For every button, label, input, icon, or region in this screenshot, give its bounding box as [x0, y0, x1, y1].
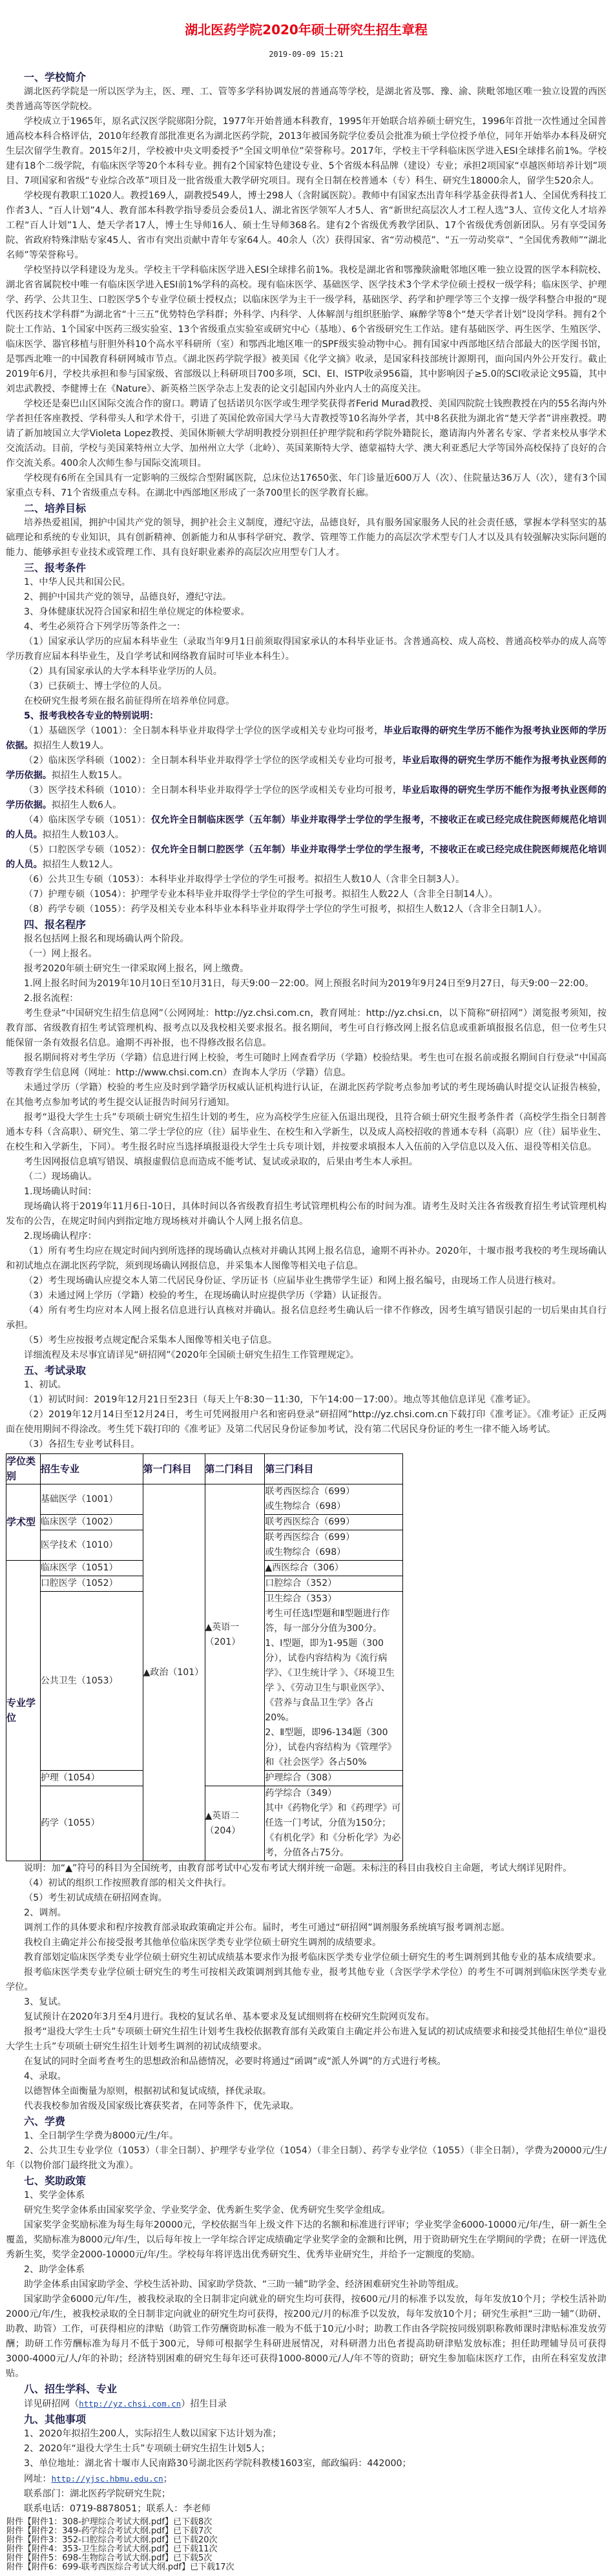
- paragraph: 以德智体全面衡量为原则，根据初试和复试成绩，择优录取。: [6, 2084, 607, 2099]
- major-cell: 临床医学（1002）: [40, 1515, 143, 1530]
- paragraph: 未通过学历（学籍）校验的考生应及时到学籍学历权威认证机构进行认证，在湖北医药学院…: [6, 1081, 607, 1110]
- special-note-text: （7）护理专硕（1054）：护理学专业本科毕业并取得学士学位的学生可报考。拟招生…: [24, 889, 498, 900]
- paragraph: 学校成立于1965年，原名武汉医学院郧阳分院，1977年开始普通本科教育，199…: [6, 114, 607, 189]
- paragraph: （4）初试的组织工作按照教育部的相关文件执行。: [6, 1876, 607, 1891]
- paragraph: 学校还是秦巴山区国际交流合作的窗口。聘请了包括诺贝尔医学或生理学奖获得者Feri…: [6, 397, 607, 471]
- paragraph: （2）考生现场确认应提交本人第二代居民身份证、学历证书（应届毕业生携带学生证）和…: [6, 1274, 607, 1289]
- paragraph: 现场确认将于2019年11月6日-10日，具体时间以各省级教育招生考试管理机构公…: [6, 1199, 607, 1229]
- attachment-label: 附件: [6, 2526, 23, 2536]
- special-note-quota: 拟招生人数15人。: [52, 770, 127, 781]
- attachment-link[interactable]: 【附件2：349-药学综合考试大纲.pdf】: [23, 2526, 173, 2536]
- special-notes-list: （1）基础医学（1001）：全日制本科毕业并取得学士学位的医学或相关专业均可报考…: [6, 724, 607, 917]
- special-note-text: （3）医学技术科硕（1010）：全日制本科毕业并取得学士学位的医学或相关专业均可…: [24, 785, 402, 796]
- list-item: 2、拥护中国共产党的领导，品德良好，遵纪守法。: [6, 590, 607, 605]
- sub-item: （2）具有国家承认的大学本科毕业学历的人员。: [6, 664, 607, 679]
- registration-paragraphs: 报名包括网上报名和现场确认两个阶段。（一）网上报名。报考2020年硕士研究生一律…: [6, 932, 607, 1363]
- section-heading-registration: 四、报名程序: [6, 917, 607, 932]
- special-note-text: （1）基础医学（1001）：全日制本科毕业并取得学士学位的医学或相关专业均可报考…: [24, 726, 384, 736]
- subject-note: 2、Ⅱ型题，即96-134题（300分），试卷内容结构为《管理学》和《社会医学》…: [265, 1726, 402, 1770]
- attachment-label: 附件: [6, 2553, 23, 2563]
- third-subject-cell: ▲西医综合（306）: [265, 1561, 403, 1576]
- attachment-label: 附件: [6, 2562, 23, 2572]
- paragraph: 详细流程及未尽事宜请详见“研招网”《2020年全国硕士研究生招生工作管理规定》。: [6, 1348, 607, 1363]
- download-count: 已下载8次: [173, 2517, 212, 2527]
- third-subject-cell: 口腔综合（352）: [265, 1576, 403, 1592]
- paragraph: 报名包括网上报名和现场确认两个阶段。: [6, 932, 607, 947]
- table-row: 学术型基础医学（1001）▲政治（101）▲英语一（201）联考西医综合（699…: [6, 1484, 403, 1515]
- paragraph: （一）网上报名。: [6, 947, 607, 962]
- paragraph: 国家助学金6000元/年/生，被我校录取的全日制非定向就业的研究生均可获得，按6…: [6, 2292, 607, 2381]
- major-cell: 口腔医学（1052）: [40, 1576, 143, 1592]
- section-heading-majors: 八、招生学科、专业: [6, 2381, 607, 2396]
- section-heading-tuition: 六、学费: [6, 2114, 607, 2129]
- third-subject-cell: 卫生综合（353）考生可任选I型题和Ⅱ型题进行作答，每一部分分值为300分。1、…: [265, 1592, 403, 1771]
- special-note-text: （5）口腔医学专硕（1052）：: [24, 845, 151, 855]
- third-subject-cell: 联考西医综合（699）或生物综合（698）: [265, 1484, 403, 1515]
- major-cell: 基础医学（1001）: [40, 1484, 143, 1515]
- article-content: 一、学校简介 湖北医药学院是一所以医学为主，医、理、工、管等多学科协调发展的普通…: [6, 70, 607, 2576]
- attachments-list: 附件【附件1：308-护理综合考试大纲.pdf】已下载8次附件【附件2：349-…: [6, 2518, 607, 2572]
- attachment-link[interactable]: 【附件4：353-卫生综合考试大纲.pdf】: [23, 2544, 173, 2554]
- list-item: 1、2020年拟招生200人，实际招生人数以国家下达计划为准；: [6, 2427, 607, 2442]
- exam-subjects-table: 学位类别 招生专业 第一门科目 第二门科目 第三门科目 学术型基础医学（1001…: [6, 1453, 403, 1861]
- section-heading-school-intro: 一、学校简介: [6, 70, 607, 85]
- paragraph: 1、全日制学生学费为8000元/生/年。: [6, 2129, 607, 2144]
- list-item: 3、单位地址：湖北省十堰市人民南路30号湖北医药学院科教楼1603室，邮政编码：…: [6, 2456, 607, 2471]
- third-subject-cell: 联考西医综合（699）或生物综合（698）: [265, 1530, 403, 1561]
- paragraph: 4、录取。: [6, 2069, 607, 2084]
- second-subject-cell: ▲英语一（201）: [205, 1484, 265, 1786]
- note: 在校研究生报考须在报名前征得所在培养单位同意。: [6, 694, 607, 709]
- paragraph: 2、助学金体系: [6, 2263, 607, 2277]
- website-line: 网址：http://yjsc.hbmu.edu.cn；: [6, 2471, 607, 2487]
- third-subject-cell: 药学综合（349）其中《药物化学》和《药理学》可任选一门考试，分值为150分；《…: [265, 1786, 403, 1861]
- paragraph: （2）2019年12月14日至12月24日，考生可凭网报用户名和密码登录“研招网…: [6, 1408, 607, 1437]
- subject-note: 或生物综合（698）: [265, 1499, 402, 1514]
- article-page: 湖北医药学院2020年硕士研究生招生章程 2019-09-09 15:21 一、…: [0, 0, 613, 2576]
- paragraph: 学校坚持以学科建设为龙头。学校主干学科临床医学进入ESI全球排名前1%。我校是湖…: [6, 263, 607, 397]
- website-link[interactable]: http://yjsc.hbmu.edu.cn: [52, 2474, 163, 2484]
- yz-chsi-link[interactable]: http://yz.chsi.com.cn: [79, 2399, 181, 2409]
- section-heading-eligibility: 三、报考条件: [6, 560, 607, 575]
- special-note-quota: 拟招生人数19人。: [34, 741, 109, 751]
- website-label: 网址：: [24, 2474, 52, 2484]
- paragraph: 2.报名流程：: [6, 991, 607, 1006]
- paragraph: 代表我校参加省级及国家级比赛获奖者，在同等条件下，优先录取。: [6, 2099, 607, 2114]
- sub-item: （1）国家承认学历的应届本科毕业生（录取当年9月1日前须取得国家承认的本科毕业证…: [6, 635, 607, 664]
- second-subject-cell: ▲英语二（204）: [205, 1786, 265, 1861]
- section-heading-exam-admission: 五、考试录取: [6, 1363, 607, 1378]
- special-note-item: （8）药学专硕（1055）：药学及相关专业本科毕业本科毕业并取得学士学位的学生可…: [6, 902, 607, 917]
- paragraph: （5）考生应按报考点规定配合采集本人图像等相关电子信息。: [6, 1333, 607, 1348]
- subject-name: ▲西医综合（306）: [265, 1561, 402, 1576]
- section-heading-training-goal: 二、培养目标: [6, 501, 607, 516]
- special-note-text: （8）药学专硕（1055）：药学及相关专业本科毕业本科毕业并取得学士学位的学生可…: [24, 904, 547, 914]
- attachment-item: 附件【附件3：352-口腔综合考试大纲.pdf】已下载20次: [6, 2536, 607, 2545]
- section-heading-scholarships: 七、奖助政策: [6, 2173, 607, 2188]
- special-note-item: （1）基础医学（1001）：全日制本科毕业并取得学士学位的医学或相关专业均可报考…: [6, 724, 607, 754]
- col-header-subject-1: 第一门科目: [143, 1454, 205, 1484]
- paragraph: 2、公共卫生专业学位（1053）（非全日制）、护理学专业学位（1054）（非全日…: [6, 2144, 607, 2173]
- special-note-text: （4）临床医学专硕（1051）：: [24, 815, 151, 825]
- special-note-item: （4）临床医学专硕（1051）：仅允许全日制临床医学（五年制）毕业并取得学士学位…: [6, 813, 607, 843]
- paragraph: 说明：加“▲”符号的科目为全国统考，由教育部考试中心发布考试大纲并统一命题。未标…: [6, 1861, 607, 1876]
- degree-type-academic: 学术型: [6, 1484, 41, 1561]
- major-cell: 医学技术（1010）: [40, 1530, 143, 1561]
- subject-name: 联考西医综合（699）: [265, 1484, 402, 1499]
- contact-phone: 联系电话：0719-8878051；联系人：李老师: [6, 2502, 607, 2517]
- subject-name: 口腔综合（352）: [265, 1576, 402, 1591]
- paragraph: （3）各招生专业考试科目。: [6, 1437, 607, 1452]
- attachment-label: 附件: [6, 2544, 23, 2554]
- subject-note: 其中《药物化学》和《药理学》可任选一门考试，分值为150分；《有机化学》和《分析…: [265, 1801, 402, 1861]
- paragraph: 复试预计在2020年3月至4月进行。我校的复试名单、基本要求及复试细则将在校研究…: [6, 2010, 607, 2025]
- paragraph: 1.现场确认时间：: [6, 1185, 607, 1199]
- third-subject-cell: 联考西医综合（699）: [265, 1515, 403, 1530]
- paragraph: 2、调剂。: [6, 1906, 607, 1921]
- major-cell: 护理（1054）: [40, 1771, 143, 1786]
- attachment-link[interactable]: 【附件6：699-联考西医综合考试大纲.pdf】: [23, 2562, 190, 2572]
- attachment-item: 附件【附件1：308-护理综合考试大纲.pdf】已下载8次: [6, 2518, 607, 2527]
- paragraph: 3、复试。: [6, 1995, 607, 2010]
- col-header-degree-type: 学位类别: [6, 1454, 41, 1484]
- download-count: 已下载11次: [173, 2544, 218, 2554]
- paragraph: （4）所有考生均应对本人网上报名信息进行认真核对并确认。报名信息经考生确认后一律…: [6, 1304, 607, 1333]
- paragraph: 学校现有教职工1020人。教授169人，副教授549人，博士298人（含附属医院…: [6, 189, 607, 263]
- attachment-label: 附件: [6, 2535, 23, 2545]
- paragraph: （1）初试时间：2019年12月21日至23日（每天上午8:30－11:30，下…: [6, 1393, 607, 1408]
- attachment-item: 附件【附件5：698-生物综合考试大纲.pdf】已下载5次: [6, 2554, 607, 2563]
- download-count: 已下载7次: [173, 2526, 212, 2536]
- degree-type-professional: 专业学位: [6, 1561, 41, 1861]
- special-note-quota: 拟招生人数6人。: [52, 800, 121, 810]
- major-cell: 公共卫生（1053）: [40, 1592, 143, 1771]
- paragraph: 报考临床医学类专业学位硕士研究生的考生可按相关政策调剂到其他专业，报考其他专业（…: [6, 1965, 607, 1995]
- col-header-major: 招生专业: [40, 1454, 143, 1484]
- subject-name: 卫生综合（353）: [265, 1592, 402, 1607]
- paragraph: 国家奖学金奖励标准为每生每年20000元，学校依据当年上级文件下达的名额和标准进…: [6, 2218, 607, 2263]
- attachment-item: 附件【附件4：353-卫生综合考试大纲.pdf】已下载11次: [6, 2545, 607, 2554]
- paragraph: 学校现有6所在全国具有一定影响的三级综合型附属医院，总床位达17650张、年门诊…: [6, 471, 607, 501]
- download-count: 已下载17次: [190, 2562, 234, 2572]
- paragraph: 湖北医药学院是一所以医学为主，医、理、工、管等多学科协调发展的普通高等学校，是湖…: [6, 85, 607, 114]
- attachment-link[interactable]: 【附件5：698-生物综合考试大纲.pdf】: [23, 2553, 173, 2563]
- attachment-label: 附件: [6, 2517, 23, 2527]
- special-note-quota: 拟招生人数103人。: [43, 830, 124, 840]
- list-item: 3、身体健康状况符合国家和招生单位规定的体检要求。: [6, 605, 607, 620]
- major-cell: 临床医学（1051）: [40, 1561, 143, 1576]
- paragraph: 报名期间将对考生学历（学籍）信息进行网上校验，考生可随时上网查看学历（学籍）校验…: [6, 1051, 607, 1081]
- paragraph: 报考“退役大学生士兵”专项硕士研究生招生计划的考生，应为高校学生应征入伍退出现役…: [6, 1110, 607, 1155]
- paragraph: 2.现场确认程序：: [6, 1229, 607, 1244]
- subject-note: 或生物综合（698）: [265, 1545, 402, 1560]
- paragraph: （1）所有考生均应在规定时间内到所选择的现场确认点核对并确认其网上报名信息，逾期…: [6, 1244, 607, 1274]
- special-note-item: （7）护理专硕（1054）：护理学专业本科毕业并取得学士学位的学生可报考。拟招生…: [6, 887, 607, 902]
- subject-name: 联考西医综合（699）: [265, 1515, 402, 1530]
- attachment-link[interactable]: 【附件1：308-护理综合考试大纲.pdf】: [23, 2517, 173, 2527]
- list-item: 2、2020年“退役大学生士兵”专项硕士研究生招生计划5人；: [6, 2442, 607, 2456]
- attachment-link[interactable]: 【附件3：352-口腔综合考试大纲.pdf】: [23, 2535, 173, 2545]
- subject-note: 考生可任选I型题和Ⅱ型题进行作答，每一部分分值为300分。: [265, 1607, 402, 1636]
- paragraph: 考生登录“中国研究生招生信息网”（公网网址：http://yz.chsi.com…: [6, 1006, 607, 1051]
- special-note-item: （6）公共卫生专硕（1053）：本科毕业并取得学士学位的学生可报考。拟招生人数1…: [6, 872, 607, 887]
- subject-name: 药学综合（349）: [265, 1786, 402, 1801]
- special-note-text: （6）公共卫生专硕（1053）：本科毕业并取得学士学位的学生可报考。拟招生人数1…: [24, 874, 464, 885]
- attachment-item: 附件【附件6：699-联考西医综合考试大纲.pdf】已下载17次: [6, 2563, 607, 2572]
- paragraph: （二）现场确认。: [6, 1170, 607, 1185]
- website-suffix: ；: [163, 2474, 172, 2484]
- publish-date: 2019-09-09 15:21: [6, 48, 607, 61]
- special-note-item: （5）口腔医学专硕（1052）：仅允许全日制口腔医学（五年制）毕业并取得学士学位…: [6, 843, 607, 872]
- paragraph: 报考“退役大学生士兵”专项硕士研究生招生计划考生我校依据教育部有关政策自主确定并…: [6, 2025, 607, 2054]
- special-note-item: （2）临床医学科硕（1002）：全日制本科毕业并取得学士学位的医学或相关专业均可…: [6, 754, 607, 783]
- paragraph: 1.网上报名时间为2019年10月10日至10月31日，每天9:00－22:00…: [6, 977, 607, 991]
- paragraph: （5）考生初试成绩在研招网查询。: [6, 1891, 607, 1906]
- col-header-subject-2: 第二门科目: [205, 1454, 265, 1484]
- paragraph: 在复试的同时全面考查考生的思想政治和品德情况，必要时将通过“函调”或“派人外调”…: [6, 2054, 607, 2069]
- third-subject-cell: 护理综合（308）: [265, 1771, 403, 1786]
- col-header-subject-3: 第三门科目: [265, 1454, 403, 1484]
- section-heading-other: 九、其他事项: [6, 2412, 607, 2427]
- paragraph: 我校自主确定并公布接受报考其他单位临床医学类专业学位硕士研究生调剂的成绩要求。: [6, 1936, 607, 1950]
- special-note-item: （3）医学技术科硕（1010）：全日制本科毕业并取得学士学位的医学或相关专业均可…: [6, 783, 607, 813]
- majors-text-prefix: 详见研招网（: [24, 2399, 79, 2409]
- paragraph: 研究生奖学金体系由国家奖学金、学业奖学金、优秀新生奖学金、优秀研究生奖学金组成。: [6, 2203, 607, 2218]
- special-note-quota: 拟招生人数12人。: [43, 860, 118, 870]
- paragraph: 1、奖学金体系: [6, 2188, 607, 2203]
- subject-name: 护理综合（308）: [265, 1771, 402, 1786]
- paragraph: 1、初试。: [6, 1378, 607, 1393]
- paragraph: 调剂工作的具体要求和程序按教育部录取政策确定并公布。届时，考生可通过“研招网”调…: [6, 1921, 607, 1936]
- exam-post-paragraphs: 说明：加“▲”符号的科目为全国统考，由教育部考试中心发布考试大纲并统一命题。未标…: [6, 1861, 607, 2114]
- contact-department: 联系部门：湖北医药学院研究生院；: [6, 2487, 607, 2502]
- subject-note: 1、I型题，即为1-95题（300分），试卷内容结构为《流行病学》、《卫生统计学…: [265, 1636, 402, 1726]
- first-subject-cell: ▲政治（101）: [143, 1484, 205, 1861]
- download-count: 已下载5次: [173, 2553, 212, 2563]
- sub-item: （3）已获硕士、博士学位的人员。: [6, 679, 607, 694]
- paragraph: 培养热爱祖国，拥护中国共产党的领导，拥护社会主义制度，遵纪守法，品德良好，具有服…: [6, 516, 607, 560]
- download-count: 已下载20次: [173, 2535, 218, 2545]
- attachment-item: 附件【附件2：349-药学综合考试大纲.pdf】已下载7次: [6, 2527, 607, 2536]
- special-notes-heading: 5、报考我校各专业的特别说明：: [6, 709, 607, 724]
- paragraph: 报考2020年硕士研究生一律采取网上报名，网上缴费。: [6, 962, 607, 977]
- list-item: 4、考生必须符合下列学历等条件之一：: [6, 620, 607, 635]
- paragraph: 助学金体系由国家助学金、学校生活补助、国家助学贷款、“三助一辅”助学金、经济困难…: [6, 2277, 607, 2292]
- table-row: 药学（1055）▲英语二（204）药学综合（349）其中《药物化学》和《药理学》…: [6, 1786, 403, 1861]
- paragraph: （3）未通过网上学历（学籍）校验的考生，在现场确认时应提供学历（学籍）认证报告。: [6, 1289, 607, 1304]
- major-cell: 药学（1055）: [40, 1786, 143, 1861]
- paragraph: 详见研招网（http://yz.chsi.com.cn）招生目录: [6, 2396, 607, 2412]
- article-title: 湖北医药学院2020年硕士研究生招生章程: [6, 0, 607, 40]
- list-item: 1、中华人民共和国公民。: [6, 575, 607, 590]
- subject-name: 联考西医综合（699）: [265, 1530, 402, 1545]
- paragraph: 考生因网报信息填写错误、填报虚假信息而造成不能考试、复试或录取的，后果由考生本人…: [6, 1155, 607, 1170]
- paragraph: 教育部划定临床医学类专业学位硕士研究生初试成绩基本要求作为报考临床医学类专业学位…: [6, 1950, 607, 1965]
- majors-text-suffix: ）招生目录: [181, 2399, 227, 2409]
- special-note-text: （2）临床医学科硕（1002）：全日制本科毕业并取得学士学位的医学或相关专业均可…: [24, 755, 402, 766]
